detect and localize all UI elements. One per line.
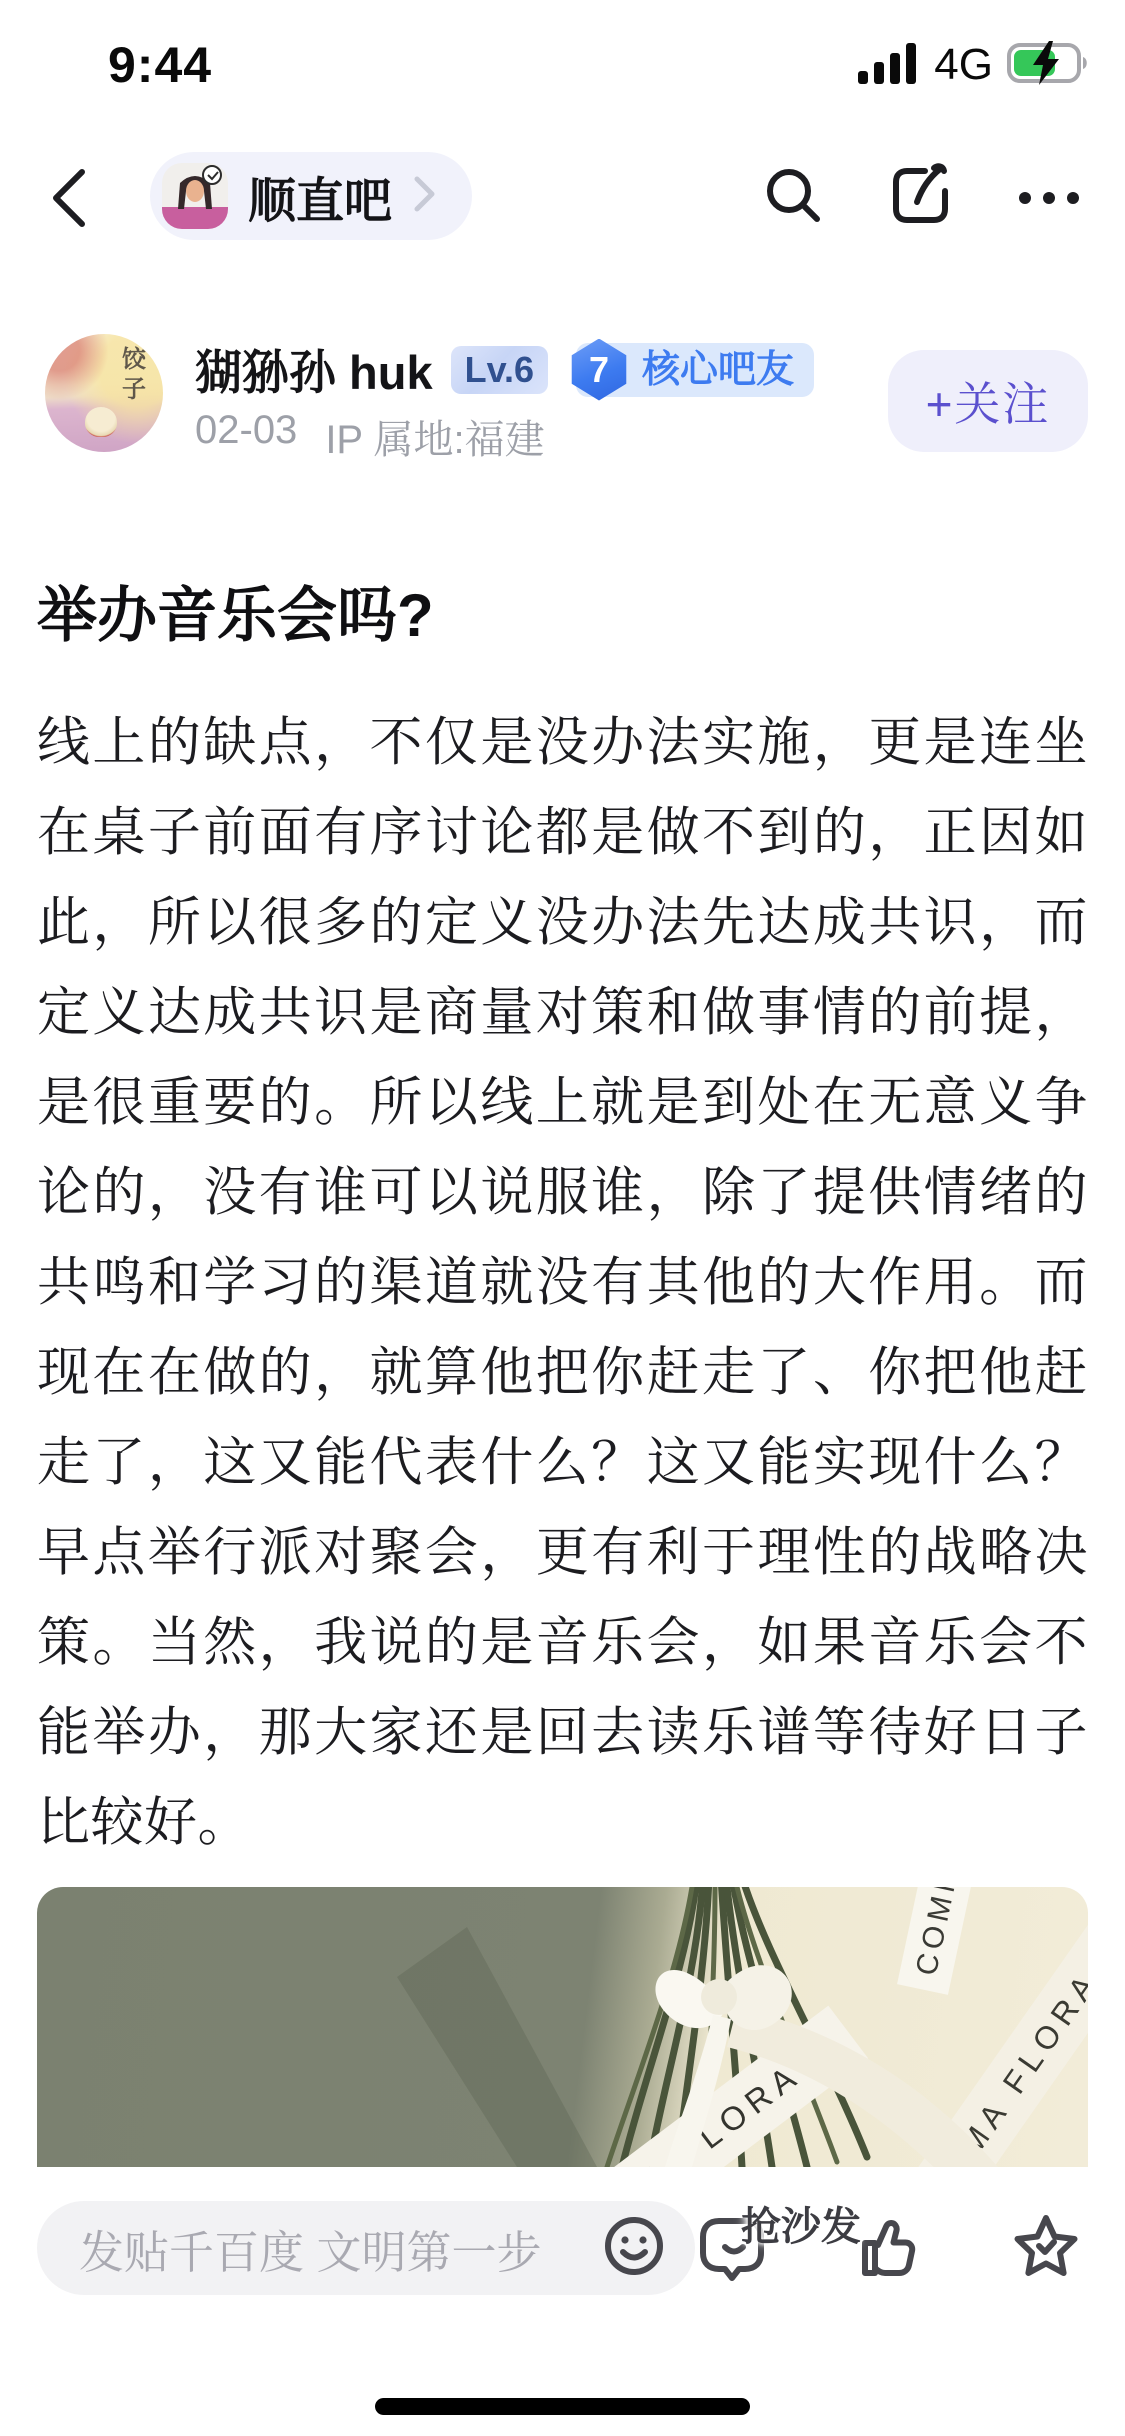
forum-name: 顺直吧 (248, 162, 392, 231)
ip-location: IP 属地:福建 (325, 408, 544, 465)
post-author-row: 饺子 猢狲孙 huk Lv.6 7 核心吧友 02-03 IP 属地:福建 +关… (37, 330, 1088, 460)
back-button[interactable] (42, 164, 102, 232)
status-bar: 9:44 4G (0, 0, 1125, 110)
like-button[interactable] (851, 2209, 929, 2287)
author-avatar[interactable]: 饺子 (45, 334, 163, 452)
emoji-icon[interactable] (601, 2213, 667, 2284)
forum-avatar (162, 163, 228, 229)
level-badge: Lv.6 (451, 346, 548, 394)
post-body: 线上的缺点，不仅是没办法实施，更是连坐在桌子前面有序讨论都是做不到的，正因如此，… (37, 698, 1088, 1868)
nav-bar: 顺直吧 (0, 146, 1125, 250)
forum-chevron-icon (412, 174, 438, 219)
follow-button[interactable]: +关注 (888, 350, 1088, 452)
more-options-button[interactable] (1011, 158, 1087, 234)
first-reply-label: 抢沙发 (741, 2195, 861, 2252)
favorite-button[interactable] (1007, 2209, 1085, 2287)
tieba-post-screen: 9:44 4G (0, 0, 1125, 2436)
forum-entry-pill[interactable]: 顺直吧 (150, 152, 472, 240)
clock: 9:44 (108, 36, 212, 94)
home-indicator[interactable] (375, 2398, 750, 2415)
post-image[interactable]: COMMA FLORA COMMA FLORA COMMA FLORA (37, 1887, 1088, 2167)
signal-strength-icon (858, 41, 920, 90)
reply-placeholder: 发贴千百度 文明第一步 (79, 2216, 542, 2281)
compose-share-button[interactable] (883, 158, 959, 234)
avatar-text: 饺子 (113, 346, 148, 406)
author-username[interactable]: 猢狲孙 huk (195, 336, 433, 403)
battery-charging-icon (1007, 41, 1093, 90)
comment-button[interactable]: 抢沙发 (695, 2209, 773, 2287)
bottom-action-bar: 发贴千百度 文明第一步 抢沙发 (0, 2167, 1125, 2436)
search-button[interactable] (755, 158, 831, 234)
rank-badge[interactable]: 7 核心吧友 (576, 343, 814, 397)
reply-input[interactable]: 发贴千百度 文明第一步 (37, 2201, 695, 2295)
network-type-label: 4G (934, 40, 993, 90)
post-title: 举办音乐会吗? (37, 568, 1088, 654)
avatar-cartoon (85, 407, 117, 437)
post-date: 02-03 (195, 408, 297, 465)
